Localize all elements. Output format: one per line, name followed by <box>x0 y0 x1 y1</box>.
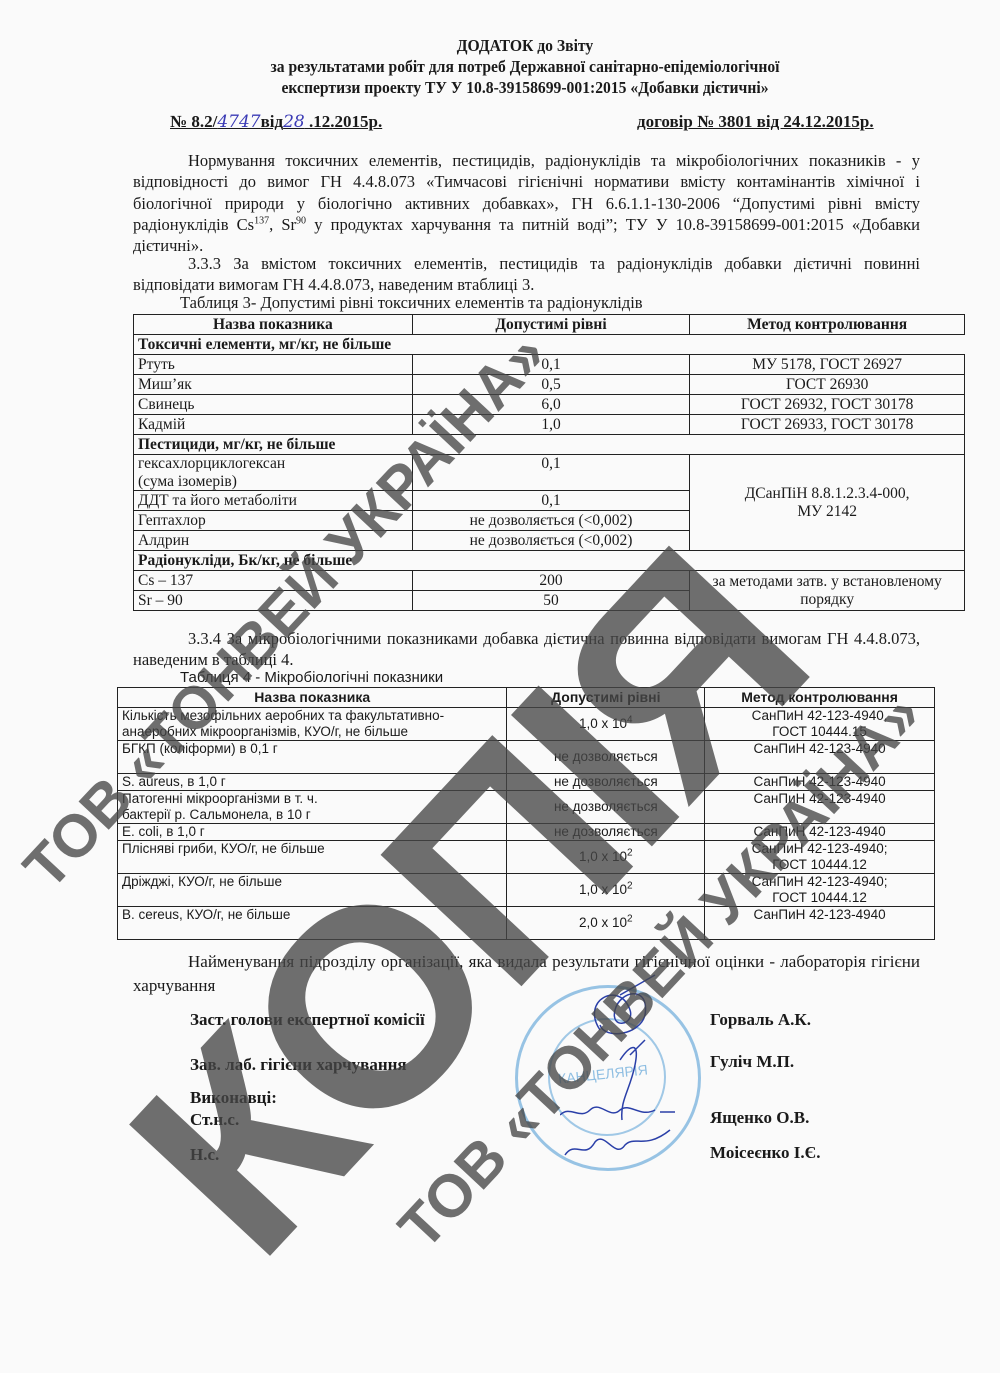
cell-name: гексахлорциклогексан (сума ізомерів) <box>134 455 413 491</box>
cell-level: не дозволяється <box>507 741 705 774</box>
document-page: ДОДАТОК до Звіту за результатами робіт д… <box>0 0 1000 1373</box>
table-row: Дріжджі, КУО/г, не більше 1,0 x 102СанПи… <box>118 874 935 907</box>
signatory-name-4: Моісеєнко І.Є. <box>710 1143 820 1163</box>
table-row: Патогенні мікроорганізми в т. ч.бактерії… <box>118 791 935 824</box>
cell-method: ГОСТ 26933, ГОСТ 30178 <box>690 415 965 435</box>
cell-level: 1,0 x 102 <box>507 841 705 874</box>
table3-caption: Таблиця 3- Допустимі рівні токсичних еле… <box>180 293 643 313</box>
signatory-name-1: Горваль А.К. <box>710 1010 811 1030</box>
section-row-pesticides: Пестициди, мг/кг, не більше <box>134 435 965 455</box>
header-levels: Допустимі рівні <box>412 315 690 335</box>
cell-name: ДДТ та його метаболіти <box>134 491 413 511</box>
section-label: Радіонукліди, Бк/кг, не більше <box>134 551 965 571</box>
cell-level: не дозволяється <box>507 791 705 824</box>
header-name: Назва показника <box>134 315 413 335</box>
cell-method: СанПиН 42-123-4940 <box>705 824 935 841</box>
cell-method: ГОСТ 26930 <box>690 375 965 395</box>
org-subdivision-text: Найменування підрозділу організації, яка… <box>133 950 920 998</box>
cell-name: Патогенні мікроорганізми в т. ч.бактерії… <box>118 791 507 824</box>
cell-name: Миш’як <box>134 375 413 395</box>
table-row: Плісняві гриби, КУО/г, не більше 1,0 x 1… <box>118 841 935 874</box>
cell-name: Дріжджі, КУО/г, не більше <box>118 874 507 907</box>
cell-name: Гептахлор <box>134 511 413 531</box>
cell-name: Ртуть <box>134 355 413 375</box>
cell-name: Cs – 137 <box>134 571 413 591</box>
cell-name: Плісняві гриби, КУО/г, не більше <box>118 841 507 874</box>
table-row: S. aureus, в 1,0 гне дозволяєтьсяСанПиН … <box>118 774 935 791</box>
cell-name: Кількість мезофільних аеробних та факуль… <box>118 708 507 741</box>
handwritten-signatures <box>560 970 690 1170</box>
cell-level: 0,1 <box>412 455 690 491</box>
cell-level: 0,1 <box>412 491 690 511</box>
table-header-row: Назва показника Допустимі рівні Метод ко… <box>118 688 935 708</box>
table-row: E. coli, в 1,0 гне дозволяєтьсяСанПиН 42… <box>118 824 935 841</box>
section-3-3-4: 3.3.4 За мікробіологічними показниками д… <box>133 628 920 671</box>
cell-level: 50 <box>412 591 690 611</box>
cell-name: E. coli, в 1,0 г <box>118 824 507 841</box>
title-line-1: ДОДАТОК до Звіту <box>180 35 870 56</box>
cell-name-line1: гексахлорциклогексан <box>138 455 408 473</box>
cell-name: B. cereus, КУО/г, не більше <box>118 907 507 940</box>
header-levels: Допустимі рівні <box>507 688 705 708</box>
cell-level: 200 <box>412 571 690 591</box>
section-label: Токсичні елементи, мг/кг, не більше <box>134 335 965 355</box>
cs-superscript: 137 <box>254 215 269 226</box>
cell-name: Sr – 90 <box>134 591 413 611</box>
document-title: ДОДАТОК до Звіту за результатами робіт д… <box>150 35 900 98</box>
cell-level: 1,0 x 102 <box>507 874 705 907</box>
table-row: Ртуть 0,1 МУ 5178, ГОСТ 26927 <box>134 355 965 375</box>
reference-number: № 8.2/4747від28 .12.2015р. <box>170 112 382 132</box>
table-header-row: Назва показника Допустимі рівні Метод ко… <box>134 315 965 335</box>
cell-method-merged: за методами затв. у встановленому порядк… <box>690 571 965 611</box>
header-method: Метод контролювання <box>690 315 965 335</box>
signatory-name-3: Ященко О.В. <box>710 1108 809 1128</box>
signatory-role-1: Заст. голови експертної комісії <box>190 1010 425 1030</box>
table-row: Кількість мезофільних аеробних та факуль… <box>118 708 935 741</box>
cell-method: СанПиН 42-123-4940 <box>705 907 935 940</box>
cell-level: не дозволяється (<0,002) <box>412 511 690 531</box>
method-line1: ДСанПіН 8.8.1.2.3.4-000, <box>694 485 960 503</box>
section-row-radionuclides: Радіонукліди, Бк/кг, не більше <box>134 551 965 571</box>
cell-level: 1,0 <box>412 415 690 435</box>
signatory-role-3: Ст.н.с. <box>190 1110 239 1130</box>
header-method: Метод контролювання <box>705 688 935 708</box>
cell-method: СанПиН 42-123-4940,ГОСТ 10444.15 <box>705 708 935 741</box>
table-row: B. cereus, КУО/г, не більше 2,0 x 102Сан… <box>118 907 935 940</box>
section-label: Пестициди, мг/кг, не більше <box>134 435 965 455</box>
section-3-3-3-text: 3.3.3 За вмістом токсичних елементів, пе… <box>133 254 920 294</box>
cell-level: 2,0 x 102 <box>507 907 705 940</box>
ref-suffix: .12.2015р. <box>309 112 382 131</box>
org-text: Найменування підрозділу організації, яка… <box>133 952 920 995</box>
title-line-2: за результатами робіт для потреб Державн… <box>180 56 870 77</box>
method-line2: порядку <box>694 591 960 609</box>
performers-label: Виконавці: <box>190 1088 277 1108</box>
ref-day-handwritten: 28 <box>283 112 305 132</box>
cell-method: МУ 5178, ГОСТ 26927 <box>690 355 965 375</box>
cell-method: СанПиН 42-123-4940;ГОСТ 10444.12 <box>705 841 935 874</box>
table-row: Cs – 137 200 за методами затв. у встанов… <box>134 571 965 591</box>
table-row: БГКП (коліформи) в 0,1 г не дозволяється… <box>118 741 935 774</box>
section-3-3-3: 3.3.3 За вмістом токсичних елементів, пе… <box>133 253 920 296</box>
method-line1: за методами затв. у встановленому <box>694 573 960 591</box>
cell-level: не дозволяється (<0,002) <box>412 531 690 551</box>
method-line2: МУ 2142 <box>694 503 960 521</box>
cell-method: СанПиН 42-123-4940 <box>705 774 935 791</box>
title-line-3: експертизи проекту ТУ У 10.8-39158699-00… <box>180 77 870 98</box>
cell-level: 0,1 <box>412 355 690 375</box>
signatory-role-4: Н.с. <box>190 1145 219 1165</box>
cell-level: не дозволяється <box>507 774 705 791</box>
cell-name: Кадмій <box>134 415 413 435</box>
cell-level: 1,0 x 104 <box>507 708 705 741</box>
table-row: Свинець 6,0 ГОСТ 26932, ГОСТ 30178 <box>134 395 965 415</box>
cell-name: БГКП (коліформи) в 0,1 г <box>118 741 507 774</box>
cell-method: СанПиН 42-123-4940 <box>705 741 935 774</box>
intro-text-b: , Sr <box>269 215 296 234</box>
contract-reference: договір № 3801 від 24.12.2015р. <box>637 112 874 132</box>
table-toxic-elements: Назва показника Допустимі рівні Метод ко… <box>133 314 965 611</box>
signatory-role-2: Зав. лаб. гігієни харчування <box>190 1055 407 1075</box>
cell-name: Свинець <box>134 395 413 415</box>
intro-paragraph: Нормування токсичних елементів, пестицид… <box>133 150 920 256</box>
ref-mid: від <box>261 112 284 131</box>
cell-name: S. aureus, в 1,0 г <box>118 774 507 791</box>
cell-method: СанПиН 42-123-4940 <box>705 791 935 824</box>
section-3-3-4-text: 3.3.4 За мікробіологічними показниками д… <box>133 629 920 669</box>
cell-method-merged: ДСанПіН 8.8.1.2.3.4-000, МУ 2142 <box>690 455 965 551</box>
table-microbiological: Назва показника Допустимі рівні Метод ко… <box>117 687 935 940</box>
header-name: Назва показника <box>118 688 507 708</box>
cell-name-line2: (сума ізомерів) <box>138 473 408 491</box>
cell-method: СанПиН 42-123-4940;ГОСТ 10444.12 <box>705 874 935 907</box>
cell-level: 0,5 <box>412 375 690 395</box>
cell-level: 6,0 <box>412 395 690 415</box>
table4-caption: Таблиця 4 - Мікробіологічні показники <box>180 669 443 686</box>
section-row-toxic: Токсичні елементи, мг/кг, не більше <box>134 335 965 355</box>
ref-prefix: № 8.2/ <box>170 112 217 131</box>
sr-superscript: 90 <box>296 215 306 226</box>
ref-number-handwritten: 4747 <box>217 112 260 132</box>
table-row: Миш’як 0,5 ГОСТ 26930 <box>134 375 965 395</box>
cell-level: не дозволяється <box>507 824 705 841</box>
cell-method: ГОСТ 26932, ГОСТ 30178 <box>690 395 965 415</box>
signatory-name-2: Гуліч М.П. <box>710 1052 794 1072</box>
table-row: гексахлорциклогексан (сума ізомерів) 0,1… <box>134 455 965 491</box>
cell-name: Алдрин <box>134 531 413 551</box>
table-row: Кадмій 1,0 ГОСТ 26933, ГОСТ 30178 <box>134 415 965 435</box>
